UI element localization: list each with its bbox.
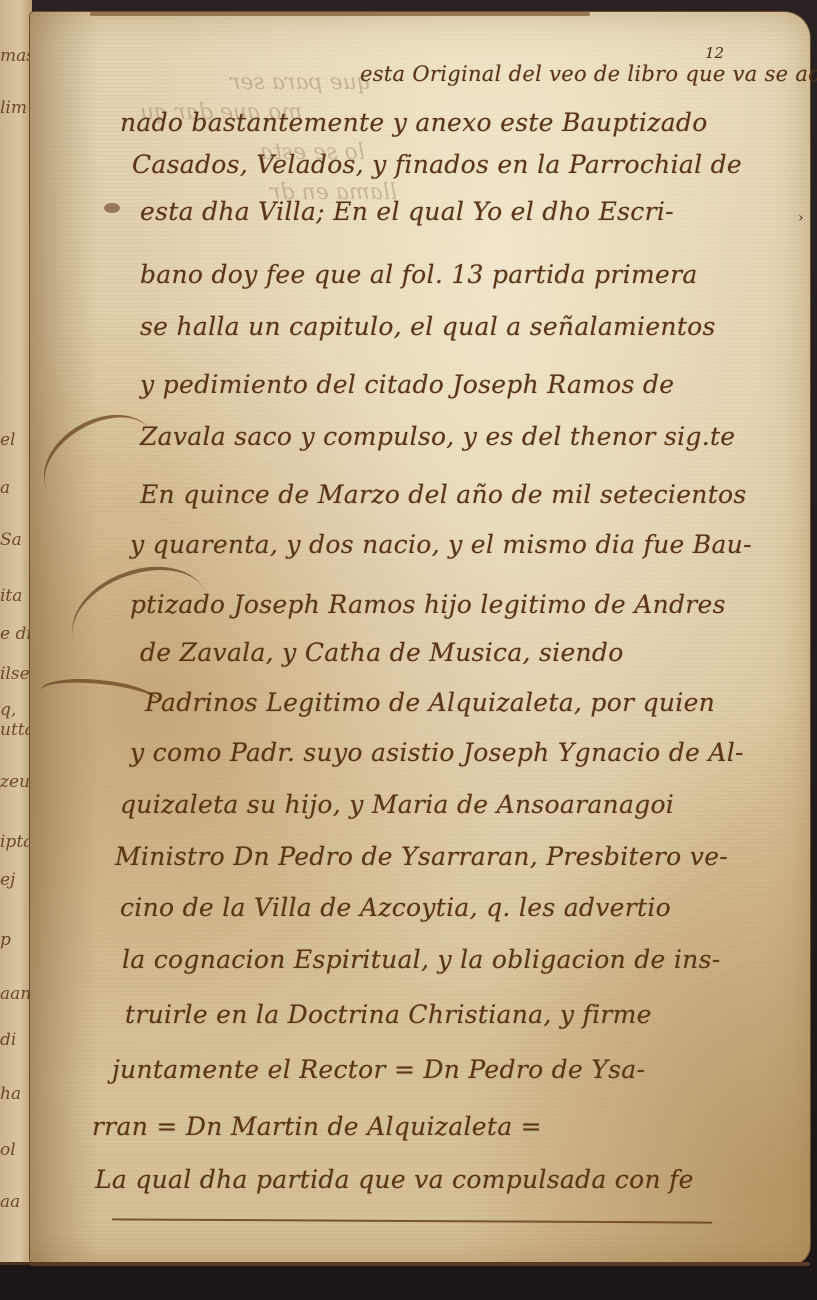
text-line-1: esta Original del veo de libro que va se… [360, 62, 817, 86]
leaf-top-edge [90, 12, 590, 16]
facing-page-fragment: e di [0, 624, 32, 644]
facing-page-fragment: ej [0, 870, 32, 890]
text-line-4: esta dha Villa; En el qual Yo el dho Esc… [140, 197, 674, 226]
facing-page-fragment: ita [0, 586, 32, 606]
facing-page-fragment: a [0, 478, 32, 498]
facing-page-strip: mas lim el a Sa ita e di ilse q, utta ze… [0, 0, 32, 1265]
facing-page-fragment: aa [0, 1192, 32, 1212]
text-line-10: y quarenta, y dos nacio, y el mismo dia … [130, 530, 752, 559]
facing-page-fragment: Sa [0, 530, 32, 550]
text-line-9: En quince de Marzo del año de mil seteci… [140, 480, 747, 509]
ink-bleed-through: que para ser [230, 70, 371, 95]
facing-page-fragment: el [0, 430, 32, 450]
ink-blot [104, 203, 120, 213]
text-line-6: se halla un capitulo, el qual a señalami… [140, 312, 716, 341]
text-line-18: la cognacion Espiritual, y la obligacion… [122, 945, 720, 974]
text-line-13: Padrinos Legitimo de Alquizaleta, por qu… [145, 688, 715, 717]
facing-page-fragment: p [0, 930, 32, 950]
facing-page-fragment: di [0, 1030, 32, 1050]
text-line-12: de Zavala, y Catha de Musica, siendo [140, 638, 624, 667]
facing-page-fragment: mas [0, 46, 32, 66]
facing-page-fragment: ol [0, 1140, 32, 1160]
margin-mark: › [798, 210, 804, 226]
facing-page-fragment: ilse [0, 664, 32, 684]
facing-page-fragment: utta [0, 720, 32, 740]
text-line-14: y como Padr. suyo asistio Joseph Ygnacio… [130, 738, 744, 767]
text-line-17: cino de la Villa de Azcoytia, q. les adv… [120, 893, 671, 922]
facing-page-fragment: lim [0, 98, 32, 118]
folio-number: 12 [705, 44, 724, 62]
facing-page-fragment: zeu [0, 772, 32, 792]
facing-page-fragment: aan [0, 984, 32, 1004]
text-line-21: rran = Dn Martin de Alquizaleta = [92, 1112, 542, 1141]
facing-page-fragment: q, [0, 700, 32, 720]
text-line-22: La qual dha partida que va compulsada co… [95, 1165, 694, 1194]
text-line-19: truirle en la Doctrina Christiana, y fir… [125, 1000, 652, 1029]
facing-page-fragment: ha [0, 1084, 32, 1104]
text-line-8: Zavala saco y compulso, y es del thenor … [140, 422, 735, 451]
text-line-7: y pedimiento del citado Joseph Ramos de [140, 370, 674, 399]
text-line-11: ptizado Joseph Ramos hijo legitimo de An… [130, 590, 726, 619]
text-line-20: juntamente el Rector = Dn Pedro de Ysa- [112, 1055, 645, 1084]
leaf-bottom-edge [30, 1262, 810, 1266]
text-line-2: nado bastantemente y anexo este Bauptiza… [120, 108, 708, 137]
text-line-3: Casados, Velados, y finados en la Parroc… [132, 150, 742, 179]
text-line-15: quizaleta su hijo, y Maria de Ansoaranag… [120, 790, 674, 819]
text-line-5: bano doy fee que al fol. 13 partida prim… [140, 260, 698, 289]
facing-page-fragment: ipta [0, 832, 32, 852]
text-line-16: Ministro Dn Pedro de Ysarraran, Presbite… [115, 842, 728, 871]
